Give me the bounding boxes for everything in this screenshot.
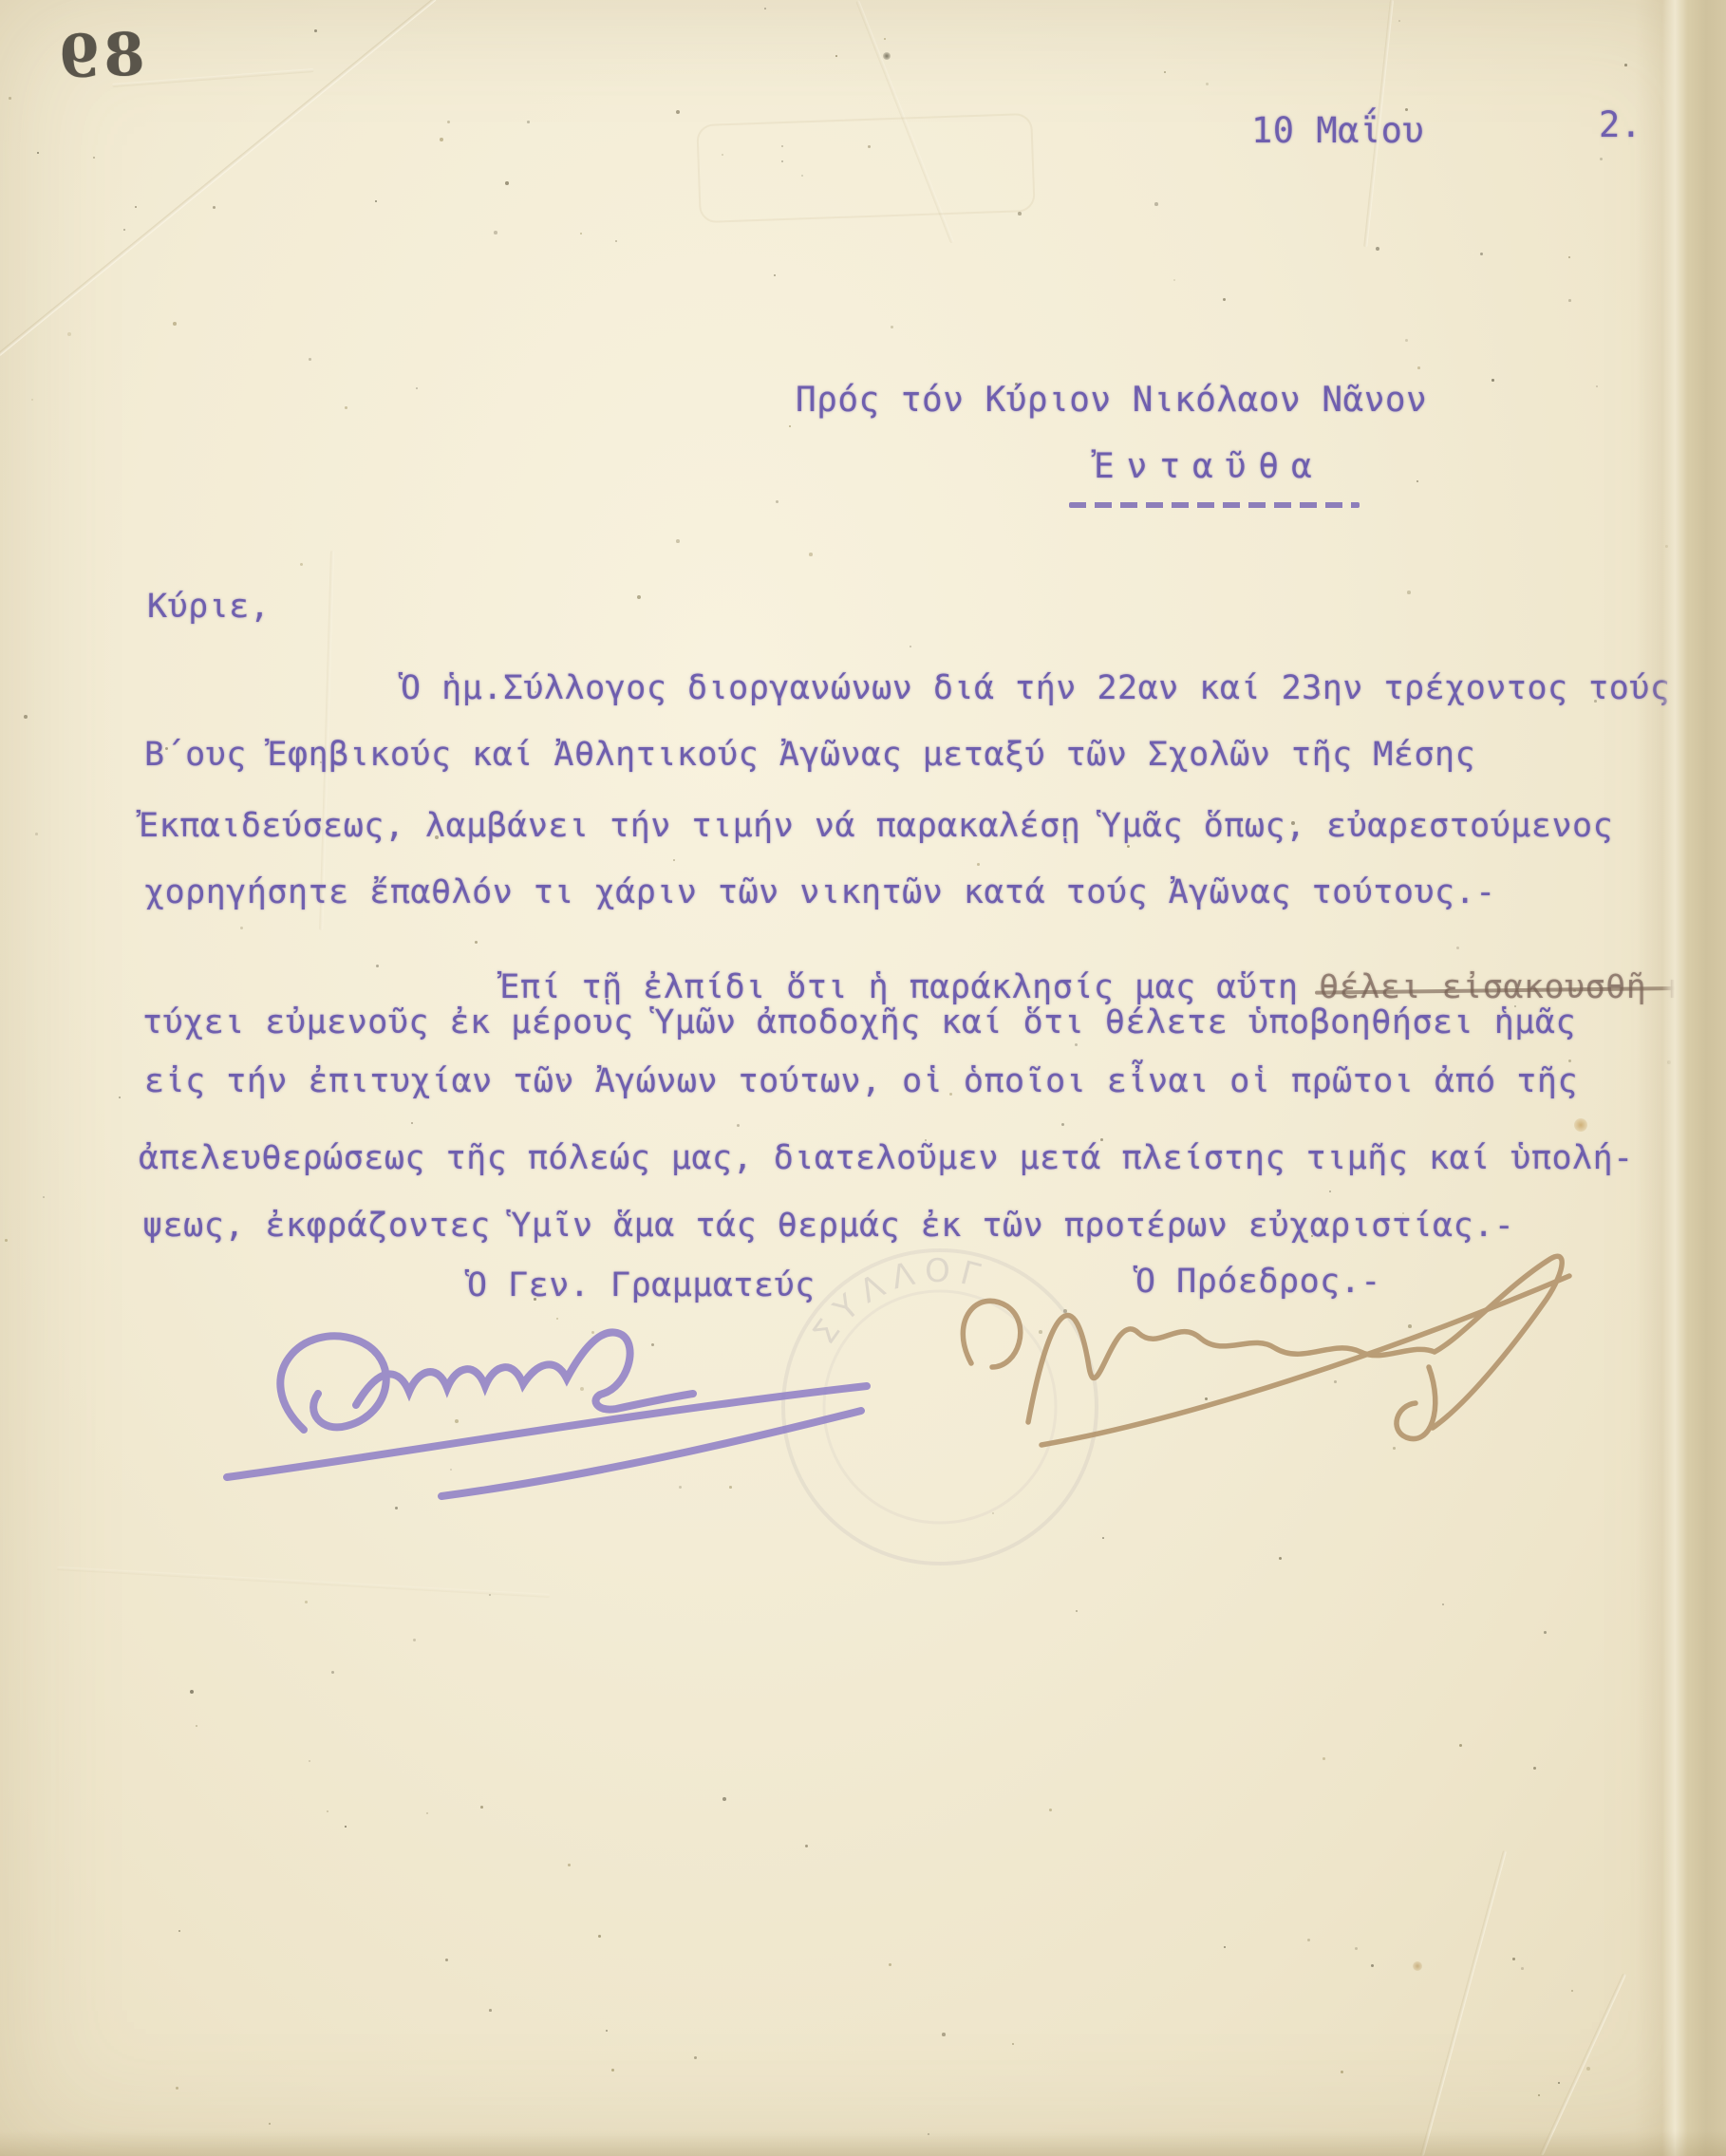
body-text-segment: Ἐπί τῇ ἐλπίδι ὅτι ἡ παράκλησίς μας αὕτη [499,968,1319,1006]
paper-impression [696,113,1035,223]
recipient-underline [1069,502,1360,508]
secretary-title: Ὁ Γεν. Γραμματεύς [467,1266,816,1304]
body-line: τύχει εὐμενοῦς ἐκ μέρους Ὑμῶν ἀποδοχῆς κ… [142,1006,1576,1040]
page-number-stamp: 89 [54,19,146,91]
salutation: Κύριε, [147,591,270,624]
crease-line [1420,1850,1507,2156]
body-line: Ἐκπαιδεύσεως, λαμβάνει τήν τιμήν νά παρα… [139,810,1613,843]
paper-stain [1574,1118,1587,1132]
body-line: εἰς τήν ἐπιτυχίαν τῶν Ἀγώνων τούτων, οἱ … [144,1065,1578,1098]
date-text: 10 Μαΐου [1251,110,1424,151]
crease-line [57,1566,550,1598]
body-line: Β΄ους Ἐφηβικούς καί Ἀθλητικούς Ἀγῶνας με… [144,739,1475,772]
scanned-letter-page: 89 10 Μαΐου 2. Πρός τόν Κύριον Νικόλαον … [0,0,1726,2156]
paper-stain [1413,1961,1422,1971]
crease-line [1540,1973,1626,2155]
body-line: ἀπελευθερώσεως τῆς πόλεώς μας, διατελοῦμ… [139,1142,1634,1175]
page-edge-bottom [0,2131,1726,2156]
president-title: Ὁ Πρόεδρος.- [1135,1263,1381,1301]
recipient-place: Ἐνταῦθα [1094,450,1324,484]
body-line: Ὁ ἡμ.Σύλλογος διοργανώνων διά τήν 22αν κ… [401,672,1670,705]
body-line: χορηγήσητε ἔπαθλόν τι χάριν τῶν νικητῶν … [144,876,1496,909]
paper-stain [883,52,891,60]
page-edge-right [1635,0,1726,2156]
recipient-line: Πρός τόν Κύριον Νικόλαον Νᾶνον [796,384,1427,418]
secretary-signature [214,1299,878,1508]
